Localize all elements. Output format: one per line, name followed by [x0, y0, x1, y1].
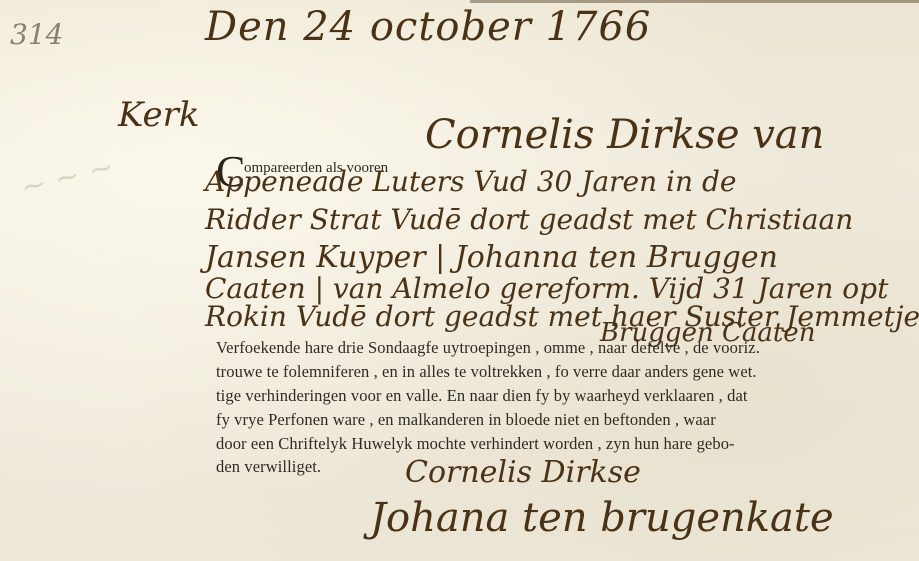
- entry-date: Den 24 october 1766: [205, 4, 651, 50]
- printed-line-6: den verwilliget.: [216, 457, 321, 477]
- folio-number: 314: [10, 18, 63, 51]
- bleed-through-text: ~ ~ ~: [17, 149, 117, 206]
- handwritten-line-4: Jansen Kuyper | Johanna ten Bruggen: [205, 240, 778, 275]
- printed-line-1: Verfoekende hare drie Sondaagfe uytroepi…: [216, 338, 760, 358]
- printed-line-4: fy vrye Perfonen ware , en malkanderen i…: [216, 410, 716, 430]
- printed-line-3: tige verhinderingen voor en valle. En na…: [216, 386, 748, 406]
- signature-groom: Cornelis Dirkse: [405, 455, 641, 490]
- signature-bride: Johana ten brugenkate: [370, 495, 834, 541]
- handwritten-line-groom: Cornelis Dirkse van: [425, 112, 824, 158]
- church-annotation: Kerk: [118, 95, 199, 135]
- handwritten-line-3: Ridder Strat Vudē dort geadst met Christ…: [205, 203, 853, 236]
- handwritten-line-2: Appeneade Luters Vud 30 Jaren in de: [205, 165, 736, 198]
- printed-line-2: trouwe te folemniferen , en in alles te …: [216, 362, 757, 382]
- page-top-edge: [470, 0, 919, 3]
- printed-line-5: door een Chriftelyk Huwelyk mochte verhi…: [216, 434, 735, 454]
